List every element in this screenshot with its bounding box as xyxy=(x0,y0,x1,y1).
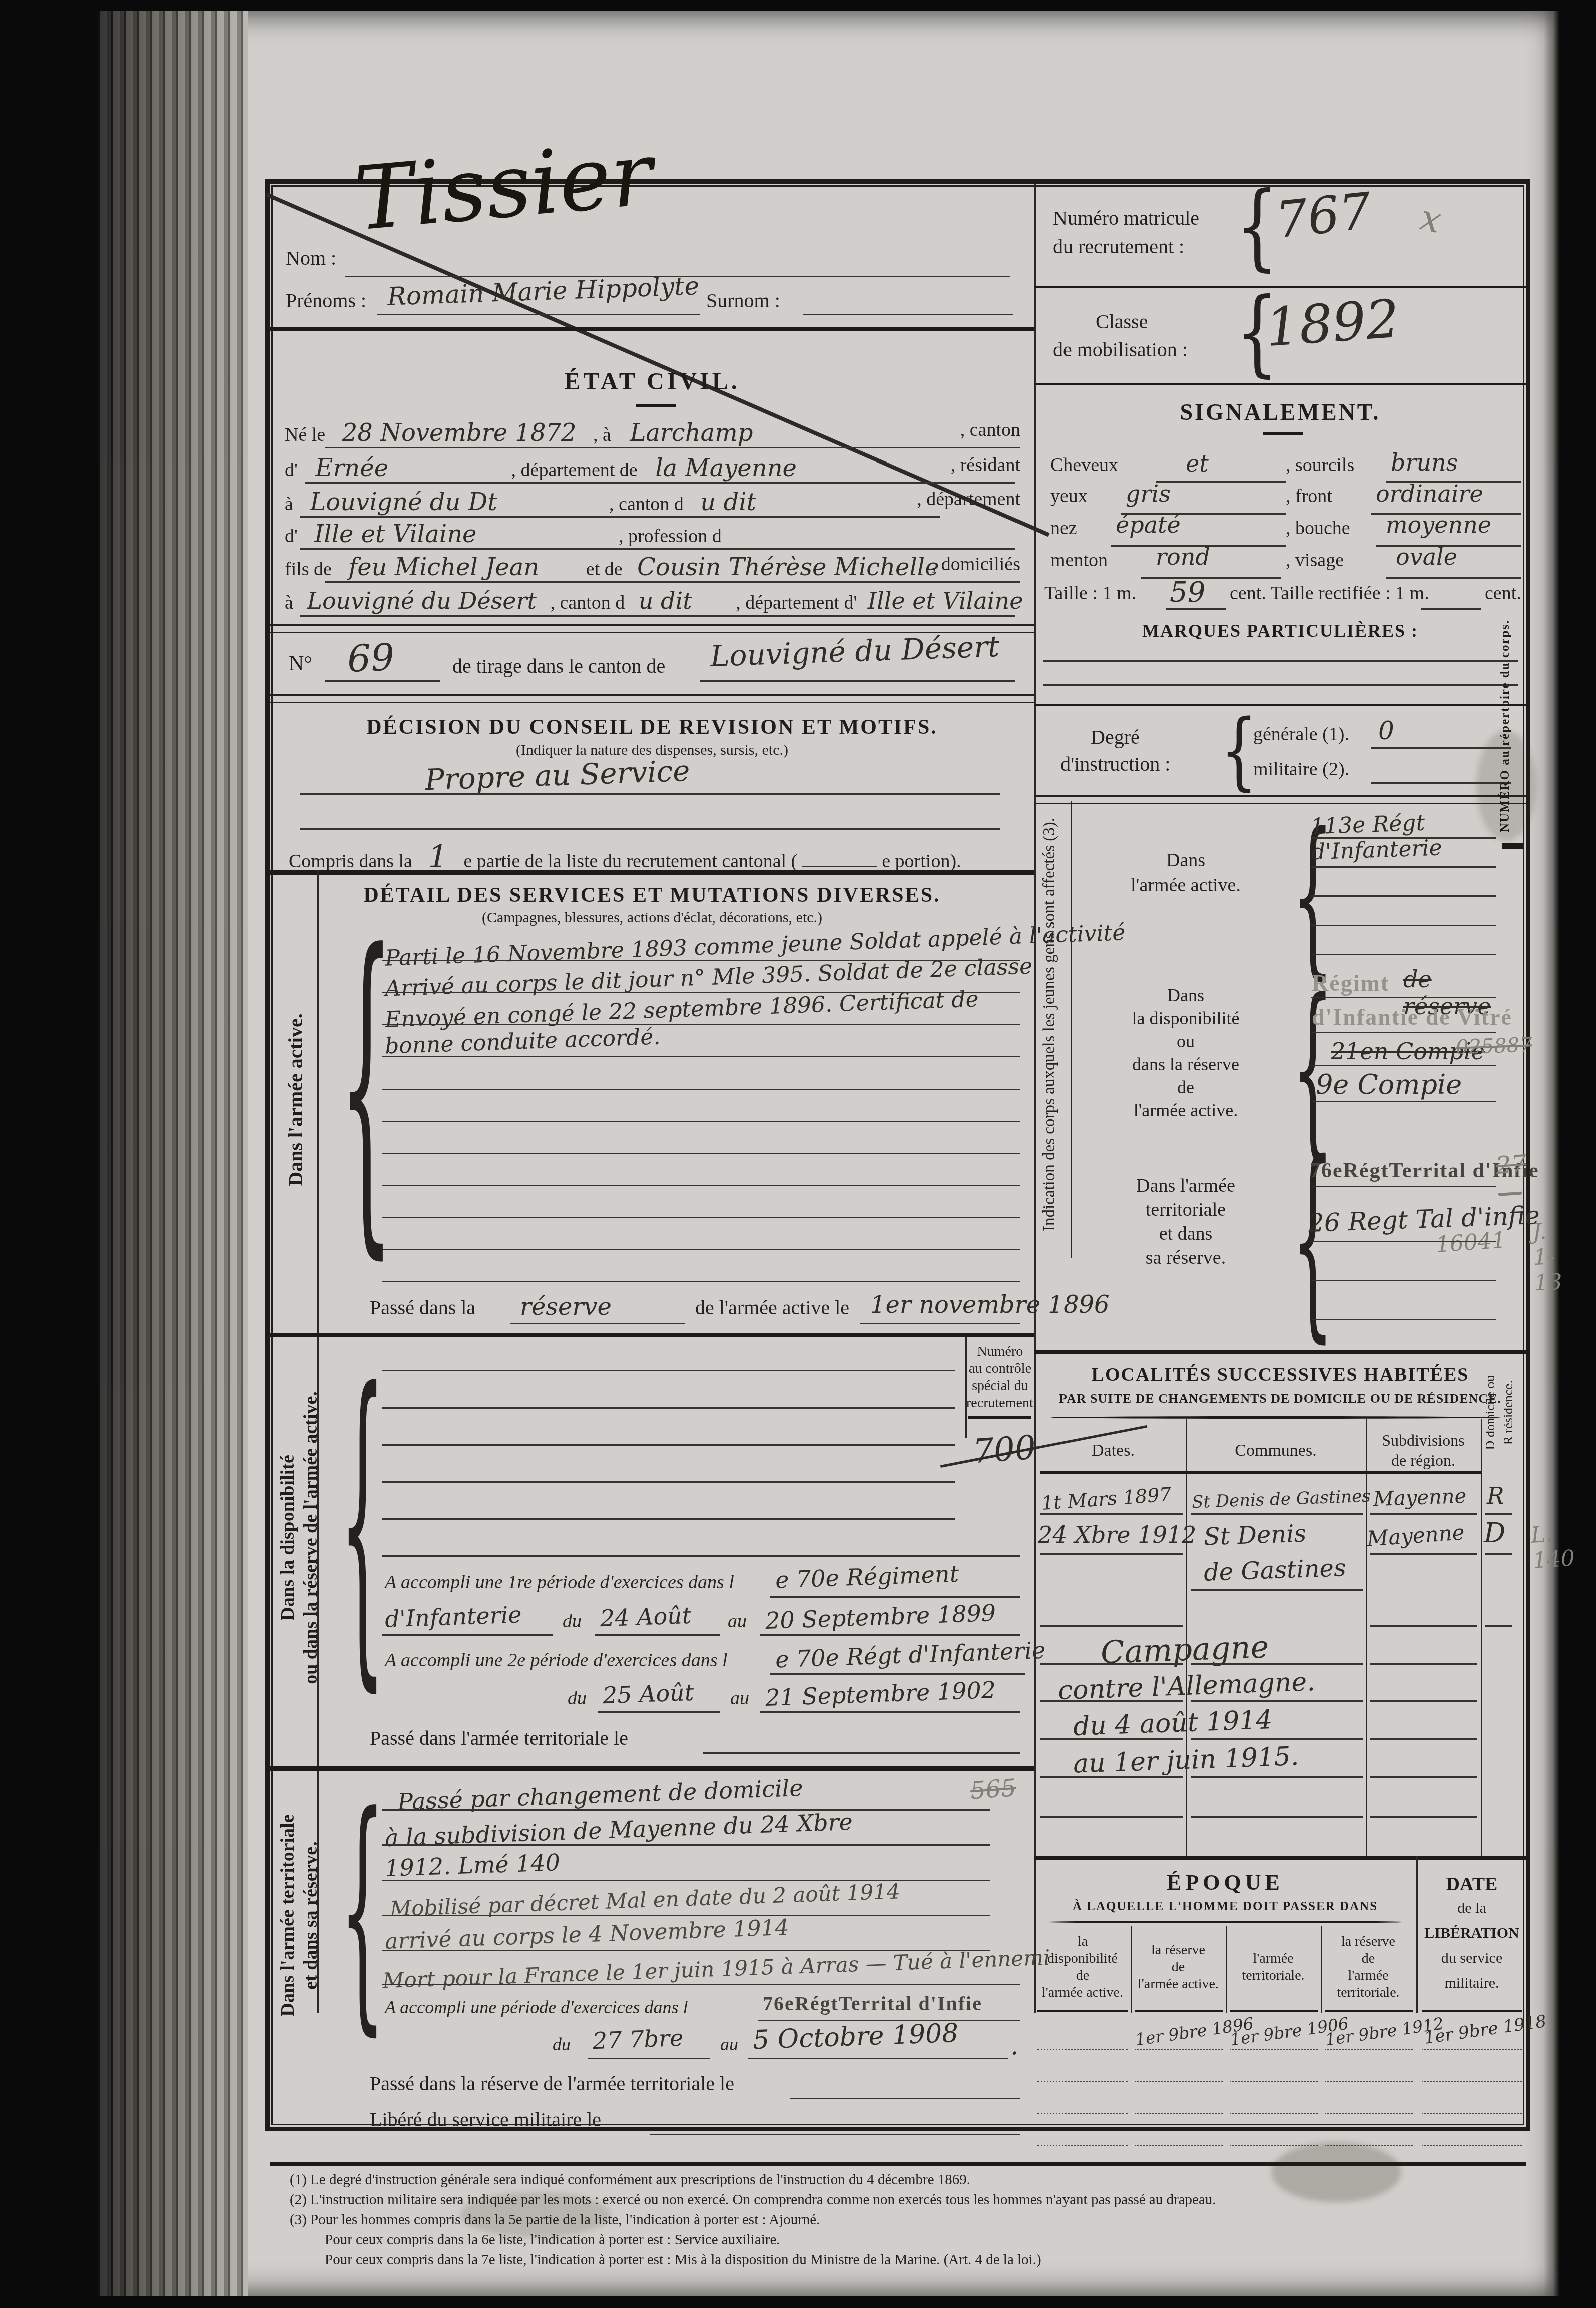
title-dash xyxy=(1263,432,1303,435)
rule xyxy=(748,2058,1008,2059)
double-rule xyxy=(1034,795,1526,804)
label: , profession d xyxy=(619,526,722,547)
rule xyxy=(382,1407,955,1409)
rule xyxy=(1370,1663,1477,1665)
loc-r1-subdiv: Mayenne xyxy=(1373,1485,1467,1511)
table-vline xyxy=(1366,1419,1367,1856)
periode2-date-fin: 21 Septembre 1902 xyxy=(765,1676,996,1711)
periode1-date-fin: 20 Septembre 1899 xyxy=(765,1599,996,1634)
rule xyxy=(382,1984,1020,1985)
epoque-col1-l3: de xyxy=(1034,1968,1131,1984)
controle-header-3: spécial du xyxy=(966,1378,1034,1394)
loc-r2-commune-line2: de Gastines xyxy=(1203,1554,1346,1587)
departement-domicile: Ille et Vilaine xyxy=(868,587,1023,614)
rule xyxy=(1311,895,1496,897)
label: e portion). xyxy=(882,851,961,872)
rule xyxy=(1421,608,1481,610)
dotted-rule xyxy=(1325,2145,1413,2146)
rule xyxy=(1485,1625,1512,1627)
rule xyxy=(1371,782,1511,784)
birth-place: Larchamp xyxy=(630,419,753,447)
sourcils-value: bruns xyxy=(1391,449,1458,476)
surnom-label: Surnom : xyxy=(706,289,780,312)
dotted-rule xyxy=(1135,2049,1223,2050)
rule xyxy=(650,2134,1020,2135)
rule xyxy=(790,2098,1020,2099)
localites-subtitle: PAR SUITE DE CHANGEMENTS DE DOMICILE OU … xyxy=(1034,1391,1526,1406)
table-vline xyxy=(1481,1419,1482,1856)
header-rule xyxy=(1230,2010,1318,2012)
epoque-col4-l3: l'armée xyxy=(1321,1968,1416,1984)
au-label: au xyxy=(728,1610,747,1632)
classe-value: 1892 xyxy=(1264,288,1401,358)
tirage-number: 69 xyxy=(347,636,395,680)
rule xyxy=(382,1185,1020,1186)
rule xyxy=(382,1481,955,1483)
corps-terr-label-2: territoriale xyxy=(1078,1199,1293,1221)
rule xyxy=(598,1711,720,1713)
label: , département xyxy=(917,488,1020,510)
dotted-rule xyxy=(1422,2145,1522,2146)
rule xyxy=(1386,577,1521,579)
periode1-label: A accompli une 1re période d'exercices d… xyxy=(385,1571,734,1593)
col-header-dr-1: D domicile ou xyxy=(1483,1340,1498,1485)
yeux-value: gris xyxy=(1126,480,1171,507)
rule xyxy=(1040,1816,1183,1818)
rule xyxy=(1040,1776,1183,1778)
periode2-regiment: e 70e Régt d'Infanterie xyxy=(775,1637,1046,1673)
epoque-col2-l3: l'armée active. xyxy=(1131,1976,1226,1992)
passe-reserve-terr-label: Passé dans la réserve de l'armée territo… xyxy=(370,2072,734,2095)
dotted-rule xyxy=(1037,2081,1128,2082)
label: , à xyxy=(593,424,611,445)
loc-r1-date: 1t Mars 1897 xyxy=(1041,1483,1172,1514)
rule xyxy=(1311,925,1496,926)
etat-civil-row: d' Ernée , département de la Mayenne , r… xyxy=(285,454,1020,482)
rule xyxy=(1311,1101,1496,1102)
matricule-label-line1: Numéro matricule xyxy=(1053,206,1199,230)
passe-reserve-date: 1er novembre 1896 xyxy=(870,1291,1110,1319)
periode1-infanterie: d'Infanterie xyxy=(384,1601,522,1633)
label: , département de xyxy=(511,459,638,481)
loc-r2-dr: D xyxy=(1484,1517,1505,1549)
label: , département d' xyxy=(736,592,857,613)
taille-label: Taille : 1 m. xyxy=(1044,582,1136,604)
matricule-value: 767 xyxy=(1273,181,1374,249)
menton-value: rond xyxy=(1156,543,1210,570)
etat-civil-row: à Louvigné du Désert , canton d u dit , … xyxy=(285,587,1020,614)
signalement-title: SIGNALEMENT. xyxy=(1034,399,1526,425)
title-dash xyxy=(636,404,676,407)
marques-label: MARQUES PARTICULIÈRES : xyxy=(1034,620,1526,641)
book-page-stack-edge xyxy=(98,11,248,2296)
rule xyxy=(1191,1776,1363,1778)
epoque-col4-l1: la réserve xyxy=(1321,1934,1416,1950)
rule xyxy=(1370,1776,1477,1778)
rule xyxy=(1370,1816,1477,1818)
dispo-side-label-2: ou dans la réserve de l'armée active. xyxy=(300,1337,322,1738)
rule xyxy=(300,828,1000,830)
label: et de xyxy=(586,559,623,580)
section-separator xyxy=(270,327,1034,331)
terr-corps-value: 26 Regt Tal d'infie xyxy=(1308,1201,1540,1238)
header-rule xyxy=(1422,2010,1522,2012)
visage-label: , visage xyxy=(1286,549,1344,571)
corps-dispo-label-6: l'armée active. xyxy=(1078,1100,1293,1121)
rule xyxy=(300,548,1015,550)
dotted-rule xyxy=(1422,2049,1522,2050)
du-label: du xyxy=(553,2034,571,2055)
menton-label: menton xyxy=(1050,549,1108,571)
label: Passé dans la xyxy=(370,1296,475,1319)
label: fils de xyxy=(285,559,332,580)
rule xyxy=(305,482,1015,484)
periode1-date-debut: 24 Août xyxy=(600,1602,692,1632)
loc-r1-commune: St Denis de Gastines xyxy=(1191,1486,1371,1512)
tirage-text: de tirage dans le canton de xyxy=(452,654,665,678)
rule xyxy=(703,1752,1020,1754)
rule xyxy=(1141,577,1281,579)
loc-r2-commune: St Denis xyxy=(1203,1519,1307,1551)
epoque-col3-l1: l'armée xyxy=(1226,1951,1321,1967)
date-liberation-l1: DATE xyxy=(1418,1873,1526,1895)
rule xyxy=(1034,286,1526,288)
swash-rule xyxy=(1050,1416,1501,1419)
matricule-label-line2: du recrutement : xyxy=(1053,235,1184,258)
periode2-date-debut: 25 Août xyxy=(602,1679,694,1709)
periode-terr-label: A accompli une période d'exercices dans … xyxy=(385,1997,688,2018)
page-right-edge-shadow xyxy=(1544,11,1559,2296)
rule xyxy=(595,1634,720,1636)
corps-active-label-2: l'armée active. xyxy=(1078,874,1293,896)
corps-active-label-1: Dans xyxy=(1078,849,1293,871)
au-label: au xyxy=(730,1687,749,1709)
column-divider xyxy=(1034,184,1036,2013)
rule xyxy=(770,1673,1025,1675)
etat-civil-row: à Louvigné du Dt , canton d u dit , dépa… xyxy=(285,488,1020,516)
bouche-value: moyenne xyxy=(1386,511,1491,538)
rule xyxy=(300,615,1015,617)
taille-cent-label: cent. xyxy=(1485,582,1521,604)
classe-label-line1: Classe xyxy=(1096,310,1148,333)
footnote-1: (1) Le degré d'instruction générale sera… xyxy=(290,2172,970,2188)
corps-dispo-label-1: Dans xyxy=(1078,985,1293,1006)
rule xyxy=(382,1089,1020,1090)
periode2-label: A accompli une 2e période d'exercices da… xyxy=(385,1649,728,1671)
generale-value: 0 xyxy=(1378,716,1394,745)
prenoms-label: Prénoms : xyxy=(286,289,366,312)
rule xyxy=(1311,997,1496,998)
compris-row: Compris dans la 1 e partie de la liste d… xyxy=(289,838,1024,875)
dispo-side-label-1: Dans la disponibilité xyxy=(277,1337,299,1738)
brace-glyph: { xyxy=(1220,708,1257,792)
crossed-number: 025887 xyxy=(1455,1033,1532,1059)
passe-territoriale-label: Passé dans l'armée territoriale le xyxy=(370,1726,628,1750)
footnote-2: (2) L'instruction militaire sera indiqué… xyxy=(290,2192,1216,2208)
controle-header-4: recrutement. xyxy=(966,1395,1034,1411)
militaire-label: militaire (2). xyxy=(1253,758,1349,780)
localites-title: LOCALITÉS SUCCESSIVES HABITÉES xyxy=(1034,1364,1526,1386)
rule xyxy=(382,1634,553,1636)
label: de l'armée active le xyxy=(695,1296,849,1319)
rule xyxy=(325,447,1020,448)
brace-glyph: { xyxy=(1236,179,1279,273)
rule xyxy=(377,314,700,315)
rule xyxy=(1311,1241,1496,1242)
date-liberation-l3: LIBÉRATION xyxy=(1418,1925,1526,1942)
rule xyxy=(300,793,1000,795)
controle-header-1: Numéro xyxy=(966,1344,1034,1360)
stain-spot xyxy=(1271,2142,1401,2202)
rule xyxy=(1311,837,1496,839)
rule xyxy=(382,1555,1020,1557)
label: , canton d xyxy=(609,494,684,515)
rule xyxy=(1040,1663,1183,1665)
stamp-vitre: d'Infantie de Vitré xyxy=(1312,1004,1512,1030)
dotted-rule xyxy=(1037,2113,1128,2114)
periode1-regiment: e 70e Régiment xyxy=(775,1560,959,1594)
rule xyxy=(1311,1319,1496,1320)
rule xyxy=(1370,1700,1477,1702)
header-rule xyxy=(1037,2010,1128,2012)
rule xyxy=(803,314,1013,315)
rule xyxy=(382,1024,1020,1025)
rule xyxy=(382,1056,1020,1057)
rule xyxy=(1156,481,1286,483)
etat-civil-title: ÉTAT CIVIL. xyxy=(270,368,1034,395)
label: , canton d xyxy=(550,592,625,613)
rule xyxy=(1191,1663,1363,1665)
etat-civil-row: fils de feu Michel Jean et de Cousin Thé… xyxy=(285,553,1020,581)
dotted-rule xyxy=(1230,2049,1318,2050)
rule xyxy=(968,1416,1031,1419)
dotted-rule xyxy=(1230,2145,1318,2146)
rule xyxy=(382,1844,990,1846)
footnote-5: Pour ceux compris dans la 7e liste, l'in… xyxy=(325,2252,1041,2268)
col-header-communes: Communes. xyxy=(1186,1441,1366,1460)
epoque-title: ÉPOQUE xyxy=(1034,1870,1416,1895)
rule xyxy=(1040,1625,1183,1627)
epoque-col4-l4: territoriale. xyxy=(1321,1985,1416,2001)
rule xyxy=(382,1915,990,1916)
rule xyxy=(1371,747,1511,749)
rule xyxy=(1370,1513,1477,1515)
rule xyxy=(1034,704,1526,706)
rule xyxy=(300,516,940,518)
campagne-line-3: du 4 août 1914 xyxy=(1073,1705,1273,1742)
label: , domiciliés xyxy=(932,553,1020,575)
rule xyxy=(760,1634,1020,1636)
etat-civil-row: Né le 28 Novembre 1872 , à Larchamp , ca… xyxy=(285,419,1020,447)
cheveux-label: Cheveux xyxy=(1050,454,1118,476)
rule xyxy=(382,1249,1020,1250)
rule xyxy=(700,680,1015,682)
etat-civil-row: d' Ille et Vilaine , profession d xyxy=(285,520,1020,548)
terr-line-3: 1912. Lmé 140 xyxy=(384,1849,561,1882)
epoque-subtitle: À LAQUELLE L'HOMME DOIT PASSER DANS xyxy=(1034,1900,1416,1914)
section-separator xyxy=(1034,1350,1526,1354)
diagonal-strike-line xyxy=(266,193,1050,537)
prenoms-value: Romain Marie Hippolyte xyxy=(387,271,700,311)
libere-service-label: Libéré du service militaire le xyxy=(370,2108,601,2131)
rule xyxy=(325,581,1020,583)
corps-terr-label-1: Dans l'armée xyxy=(1078,1175,1293,1197)
rule xyxy=(1311,1032,1496,1033)
footnote-separator xyxy=(270,2162,1526,2166)
epoque-col3-l2: territoriale. xyxy=(1226,1968,1321,1984)
birth-date: 28 Novembre 1872 xyxy=(342,419,577,447)
stamp-76e-territorial: 76eRégtTerrital d'Infie xyxy=(763,1992,982,2015)
dotted-rule xyxy=(1037,2049,1128,2050)
rule xyxy=(860,1323,1020,1324)
footnote-4: Pour ceux compris dans la 6e liste, l'in… xyxy=(325,2232,780,2248)
corps-terr-label-4: sa réserve. xyxy=(1078,1247,1293,1269)
tirage-no-label: N° xyxy=(289,652,312,676)
visage-value: ovale xyxy=(1396,543,1457,570)
yeux-label: yeux xyxy=(1050,485,1088,507)
label: , résidant xyxy=(951,454,1020,476)
armee-active-side-label: Dans l'armée active. xyxy=(284,935,307,1265)
rule xyxy=(1485,1553,1512,1555)
au-label: au xyxy=(720,2034,738,2055)
double-rule xyxy=(270,694,1034,703)
decision-title: DÉCISION DU CONSEIL DE REVISION ET MOTIF… xyxy=(270,715,1034,739)
date-liberation-l5: militaire. xyxy=(1418,1975,1526,1992)
date-liberation-l4: du service xyxy=(1418,1950,1526,1967)
crossed-565: 565 xyxy=(969,1774,1017,1805)
rule xyxy=(760,1711,1020,1713)
rule xyxy=(1311,1280,1496,1281)
rule xyxy=(1166,608,1226,610)
corps-active-value: 113e Régt d'Infanterie xyxy=(1310,807,1526,865)
residence-value: Louvigné du Dt xyxy=(310,488,497,516)
label: à xyxy=(285,592,293,613)
rule xyxy=(382,1444,955,1446)
swash-rule xyxy=(1045,1921,1406,1923)
dotted-rule xyxy=(1422,2113,1522,2114)
terr-side-label-2: et dans sa réserve. xyxy=(300,1775,322,2056)
label: d' xyxy=(285,526,298,547)
rule xyxy=(1034,383,1526,385)
rule xyxy=(1191,1700,1363,1702)
section-separator xyxy=(270,870,1034,875)
degre-label-1: Degré xyxy=(1091,725,1140,749)
corps-dispo-label-5: de xyxy=(1078,1077,1293,1098)
crossed-27: 27— xyxy=(1495,1150,1529,1208)
epoque-col2-l1: la réserve xyxy=(1131,1942,1226,1958)
rule xyxy=(1040,1738,1183,1740)
taille-value: 59 xyxy=(1170,576,1205,609)
dotted-rule xyxy=(1135,2081,1223,2082)
label: Compris dans la xyxy=(289,851,412,872)
decision-value: Propre au Service xyxy=(424,754,691,797)
pencil-x-mark: x xyxy=(1417,196,1445,242)
rule xyxy=(1040,1700,1183,1702)
passe-reserve-value: réserve xyxy=(520,1293,612,1321)
pencil-16041: 16041 xyxy=(1435,1227,1506,1258)
rule xyxy=(382,1518,955,1520)
tirage-canton-value: Louvigné du Désert xyxy=(710,629,1000,673)
degre-label-2: d'instruction : xyxy=(1060,752,1170,776)
terr-line-5: arrivé au corps le 4 Novembre 1914 xyxy=(384,1915,789,1954)
rule xyxy=(382,1153,1020,1154)
nez-value: épaté xyxy=(1116,511,1181,538)
label: à xyxy=(285,494,293,515)
loc-r2-subdiv: Mayenne xyxy=(1366,1520,1466,1551)
rule xyxy=(1040,1513,1183,1515)
header-rule xyxy=(1135,2010,1223,2012)
dotted-rule xyxy=(1325,2113,1413,2114)
rule xyxy=(1043,660,1518,662)
rule xyxy=(1311,866,1496,868)
epoque-col1-l2: disponibilité xyxy=(1034,1951,1131,1967)
dotted-rule xyxy=(1325,2081,1413,2082)
label: e partie de la liste du recrutement cant… xyxy=(463,851,797,872)
cheveux-value: et xyxy=(1186,450,1209,477)
epoque-col1-l1: la xyxy=(1034,1934,1131,1950)
du-label: du xyxy=(563,1610,582,1632)
rule xyxy=(1191,1816,1363,1818)
brace-glyph: { xyxy=(340,1783,385,2036)
form-frame: Tissier Nom : Prénoms : Romain Marie Hip… xyxy=(265,179,1530,2131)
pencil-j-1-13: J. 1-13 xyxy=(1532,1218,1562,1296)
rule xyxy=(1370,1625,1477,1627)
rule xyxy=(588,2058,710,2059)
canton-dit-2: u dit xyxy=(639,587,692,614)
col-header-subdivisions-1: Subdivisions xyxy=(1366,1431,1481,1450)
corps-terr-label-3: et dans xyxy=(1078,1223,1293,1245)
sourcils-label: , sourcils xyxy=(1286,454,1354,476)
rule xyxy=(510,1323,685,1324)
domicile-value: Louvigné du Désert xyxy=(307,587,537,614)
rule xyxy=(382,1121,1020,1122)
corps-dispo-label-3: ou xyxy=(1078,1031,1293,1052)
periode-terr-debut: 27 7bre xyxy=(592,2024,684,2054)
canton-dit: u dit xyxy=(700,488,756,516)
rule xyxy=(1370,1738,1477,1740)
generale-label: générale (1). xyxy=(1253,723,1349,745)
liste-partie-value: 1 xyxy=(428,838,447,875)
col-header-dr-2: R résidence. xyxy=(1501,1340,1516,1485)
dotted-rule xyxy=(1230,2113,1318,2114)
rule xyxy=(770,1596,1020,1598)
rule xyxy=(325,680,440,682)
label: Né le xyxy=(285,424,325,445)
dotted-rule xyxy=(1325,2049,1413,2050)
taille-rectifiee-label: cent. Taille rectifiée : 1 m. xyxy=(1230,582,1429,604)
classe-label-line2: de mobilisation : xyxy=(1053,338,1188,361)
rule xyxy=(1485,1513,1512,1515)
periode-terr-fin: 5 Octobre 1908 xyxy=(752,2018,959,2055)
rule xyxy=(1311,1186,1496,1187)
corps-dispo-label-2: la disponibilité xyxy=(1078,1008,1293,1029)
label: d' xyxy=(285,459,298,481)
header-rule xyxy=(1325,2010,1413,2012)
front-label: , front xyxy=(1286,485,1332,507)
rule xyxy=(382,1370,955,1371)
father-name: feu Michel Jean xyxy=(348,553,539,581)
epoque-col1-l4: l'armée active. xyxy=(1034,1985,1131,2001)
rule xyxy=(1191,1738,1363,1740)
header-rule xyxy=(1040,1471,1481,1474)
bouche-label: , bouche xyxy=(1286,517,1350,539)
terr-line-6-mort-pour-la-france: Mort pour la France le 1er juin 1915 à A… xyxy=(382,1945,1051,1993)
dotted-rule xyxy=(1135,2113,1223,2114)
rule xyxy=(1370,1553,1477,1555)
rule xyxy=(1191,1513,1363,1515)
rule xyxy=(382,1217,1020,1218)
mother-name: Cousin Thérèse Michelle xyxy=(637,553,939,581)
